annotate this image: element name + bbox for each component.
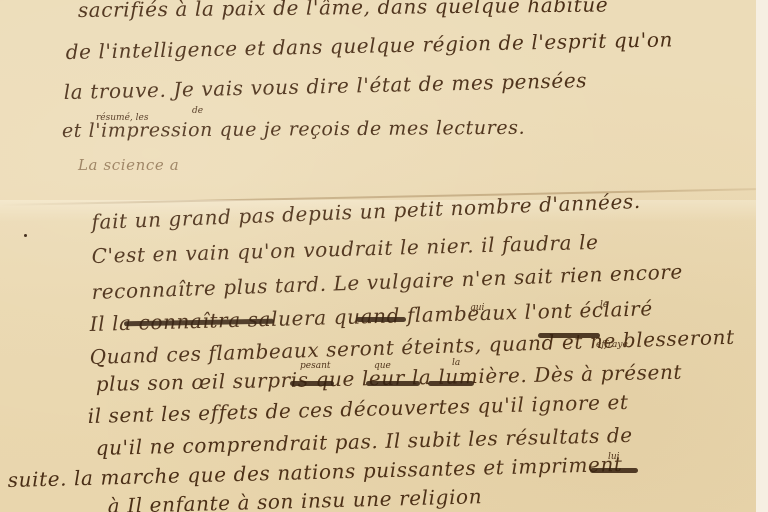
manuscript-line: sacrifiés à la paix de l'âme, dans quelq… (78, 0, 609, 22)
manuscript-line: et l'impression que je reçois de mes lec… (62, 117, 525, 142)
interlinear-insertion: de (192, 106, 203, 116)
struck-through-word (356, 317, 406, 322)
struck-through-word (538, 333, 600, 338)
manuscript-line: la trouve. Je vais vous dire l'état de m… (63, 68, 587, 104)
ink-speck (24, 234, 27, 237)
manuscript-line: La science a (78, 156, 179, 174)
manuscript-line: à Il enfante à son insu une religion (107, 484, 482, 512)
manuscript-page: sacrifiés à la paix de l'âme, dans quelq… (0, 0, 756, 512)
struck-through-word (366, 381, 420, 386)
struck-through-word (428, 381, 474, 386)
struck-through-word (290, 381, 334, 386)
manuscript-line: C'est en vain qu'on voudrait le nier. il… (91, 230, 598, 268)
page-background-edge (756, 0, 768, 512)
manuscript-line: il sent les effets de ces découvertes qu… (87, 390, 628, 428)
struck-through-word (590, 468, 638, 473)
manuscript-line: de l'intelligence et dans quelque région… (65, 27, 673, 64)
